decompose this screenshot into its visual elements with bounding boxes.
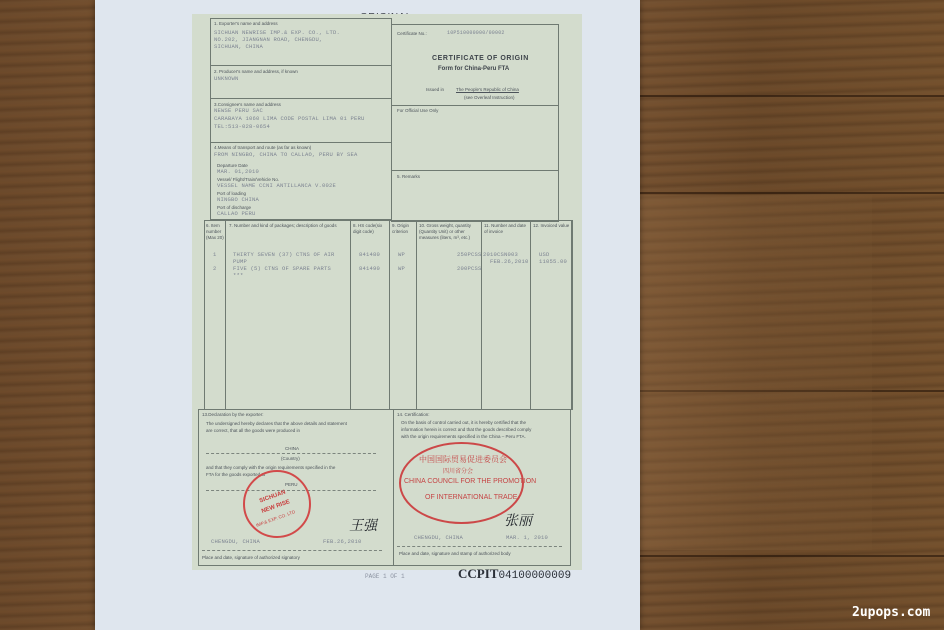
certification-box: 14. Certification: On the basis of contr… [393, 409, 571, 566]
transport-box: 4.Means of transport and route (as far a… [210, 142, 392, 220]
exporter-stamp: SICHUAN NEW RISE IMP.& EXP. CO. LTD [243, 470, 311, 538]
certificate-subtitle: Form for China-Peru FTA [438, 66, 509, 72]
producer-box: 2. Producer's name and address, if known… [210, 65, 392, 99]
official-use-box: For Official Use Only [391, 105, 559, 171]
exporter-box: 1. Exporter's name and address SICHUAN N… [210, 18, 392, 66]
goods-table: 6. Item number (Max 20) 7. Number and ki… [204, 220, 572, 410]
floor-panel [610, 195, 872, 550]
floor-seam [600, 95, 944, 97]
col-invoice [481, 220, 531, 410]
authorized-body-line [397, 546, 562, 547]
exporter-declaration-box: 13.Declaration by the exporter: The unde… [198, 409, 394, 566]
page-indicator: PAGE 1 OF 1 [365, 573, 405, 580]
consignee-box: 3.Consignee's name and address NEWSE PER… [210, 98, 392, 143]
watermark: 2upops.com [852, 605, 930, 620]
col-item [204, 220, 226, 410]
certificate-form: 1. Exporter's name and address SICHUAN N… [192, 14, 582, 570]
ccpit-number: CCPIT04100000009 [458, 565, 571, 583]
floor-seam [600, 192, 944, 194]
exporter-signature: 王强 [349, 515, 377, 535]
col-hs [350, 220, 390, 410]
remarks-box: 5. Remarks [391, 170, 559, 222]
col-value [530, 220, 573, 410]
certifier-signature: 张丽 [504, 510, 532, 530]
certificate-header-box: Certificate No.: 10P510000000/00002 CERT… [391, 24, 559, 106]
col-qty [416, 220, 482, 410]
signatory-line [202, 550, 382, 551]
col-desc [225, 220, 351, 410]
country-line [206, 453, 376, 454]
col-origin [389, 220, 417, 410]
floor-seam [600, 555, 944, 557]
certificate-title: CERTIFICATE OF ORIGIN [432, 55, 529, 62]
